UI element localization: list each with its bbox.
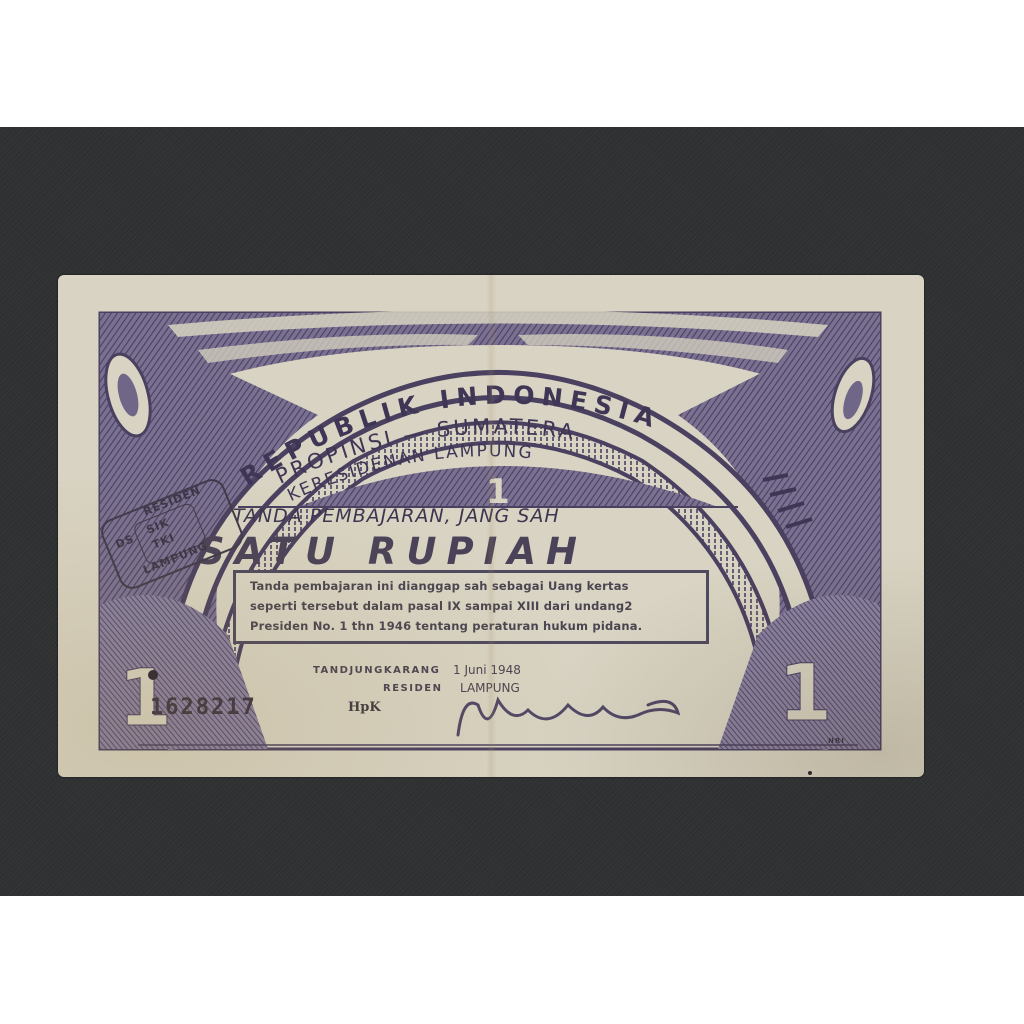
- legal-line-2: seperti tersebut dalam pasal IX sampai X…: [250, 599, 633, 613]
- issue-date: 1 Juni 1948: [453, 663, 521, 677]
- series-code: HpK: [348, 700, 381, 715]
- tagline: TANDA PEMBAJARAN, JANG SAH: [233, 505, 560, 527]
- corner-numeral-right: 1: [778, 649, 832, 739]
- overstamp-left: DS: [114, 532, 137, 551]
- serial-number: 1628217: [150, 695, 257, 720]
- signature-icon: [458, 700, 678, 735]
- legal-line-3: Presiden No. 1 thn 1946 tentang peratura…: [250, 619, 642, 633]
- legal-text-box: Tanda pembajaran ini dianggap sah sebaga…: [233, 570, 709, 644]
- legal-line-1: Tanda pembajaran ini dianggap sah sebaga…: [250, 579, 629, 593]
- issue-place: TANDJUNGKARANG: [313, 665, 440, 676]
- denomination-words: SATU RUPIAH: [198, 530, 587, 573]
- issuer-region: LAMPUNG: [460, 681, 520, 695]
- banknote: REPUBLIK INDONESIA PROPINSI — SUMATERA K…: [58, 275, 924, 777]
- printer-mark: NRI: [828, 737, 845, 745]
- issuer-title: RESIDEN: [383, 683, 442, 694]
